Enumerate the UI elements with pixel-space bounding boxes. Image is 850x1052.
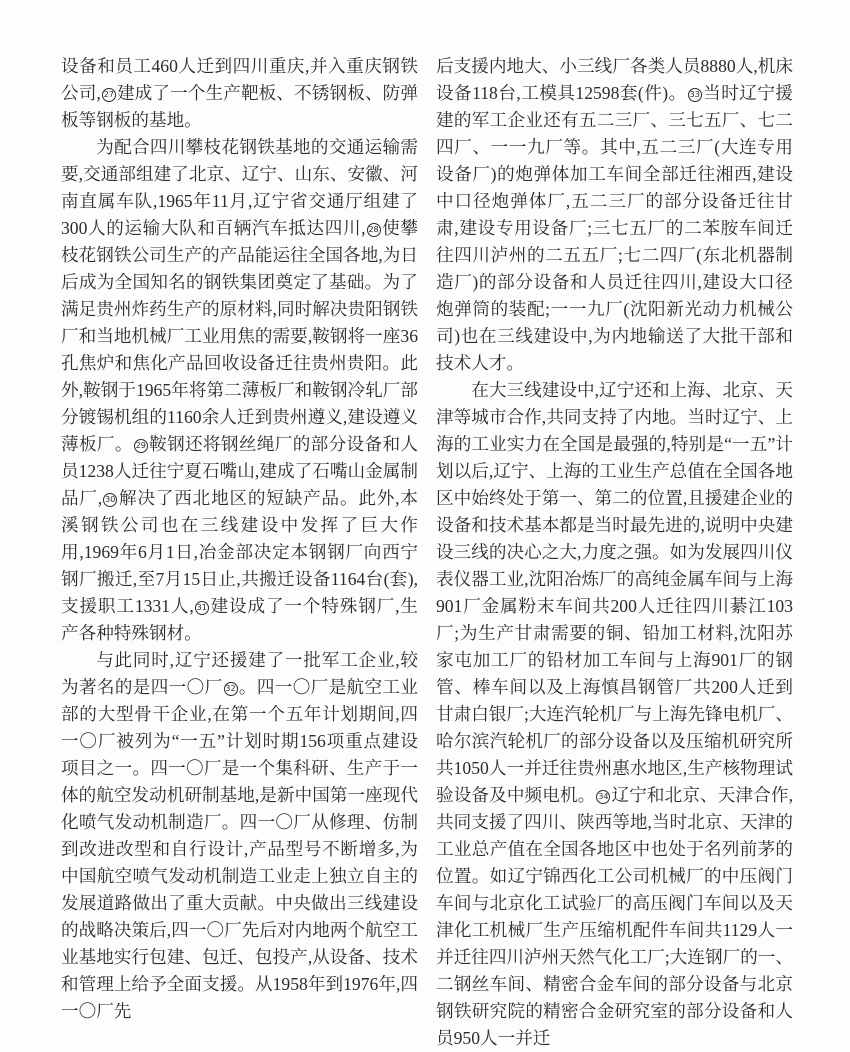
book-page: 设备和员工460人迁到四川重庆,并入重庆钢铁公司,27建成了一个生产靶板、不锈钢… — [0, 0, 850, 1052]
footnote-marker: 27 — [102, 88, 116, 102]
text-run: 辽宁和北京、天津合作,共同支援了四川、陕西等地,当时北京、天津的工业总产值在全国… — [436, 785, 793, 1048]
text-column-left: 设备和员工460人迁到四川重庆,并入重庆钢铁公司,27建成了一个生产靶板、不锈钢… — [61, 53, 418, 1025]
footnote-marker: 31 — [195, 601, 209, 615]
text-run: 。四一〇厂是航空工业部的大型骨干企业,在第一个五年计划期间,四一〇厂被列为“一五… — [61, 677, 418, 1021]
footnote-marker: 34 — [596, 790, 610, 804]
text-column-right: 后支援内地大、小三线厂各类人员8880人,机床设备118台,工模具12598套(… — [436, 53, 793, 1052]
paragraph: 为配合四川攀枝花钢铁基地的交通运输需要,交通部组建了北京、辽宁、山东、安徽、河南… — [61, 134, 418, 647]
footnote-marker: 32 — [224, 682, 238, 696]
paragraph: 设备和员工460人迁到四川重庆,并入重庆钢铁公司,27建成了一个生产靶板、不锈钢… — [61, 53, 418, 134]
footnote-marker: 33 — [688, 88, 702, 102]
text-run: 在大三线建设中,辽宁还和上海、北京、天津等城市合作,共同支持了内地。当时辽宁、上… — [436, 380, 793, 805]
footnote-marker: 30 — [103, 493, 117, 507]
paragraph: 与此同时,辽宁还援建了一批军工企业,较为著名的是四一〇厂32。四一〇厂是航空工业… — [61, 647, 418, 1025]
text-run: 为配合四川攀枝花钢铁基地的交通运输需要,交通部组建了北京、辽宁、山东、安徽、河南… — [61, 137, 418, 238]
text-run: 使攀枝花钢铁公司生产的产品能运往全国各地,为日后成为全国知名的钢铁集团奠定了基础… — [61, 218, 418, 454]
footnote-marker: 29 — [134, 439, 148, 453]
paragraph: 后支援内地大、小三线厂各类人员8880人,机床设备118台,工模具12598套(… — [436, 53, 793, 377]
paragraph: 在大三线建设中,辽宁还和上海、北京、天津等城市合作,共同支持了内地。当时辽宁、上… — [436, 377, 793, 1052]
text-run: 当时辽宁援建的军工企业还有五二三厂、三七五厂、七二四厂、一一九厂等。其中,五二三… — [436, 83, 793, 373]
footnote-marker: 28 — [367, 223, 381, 237]
